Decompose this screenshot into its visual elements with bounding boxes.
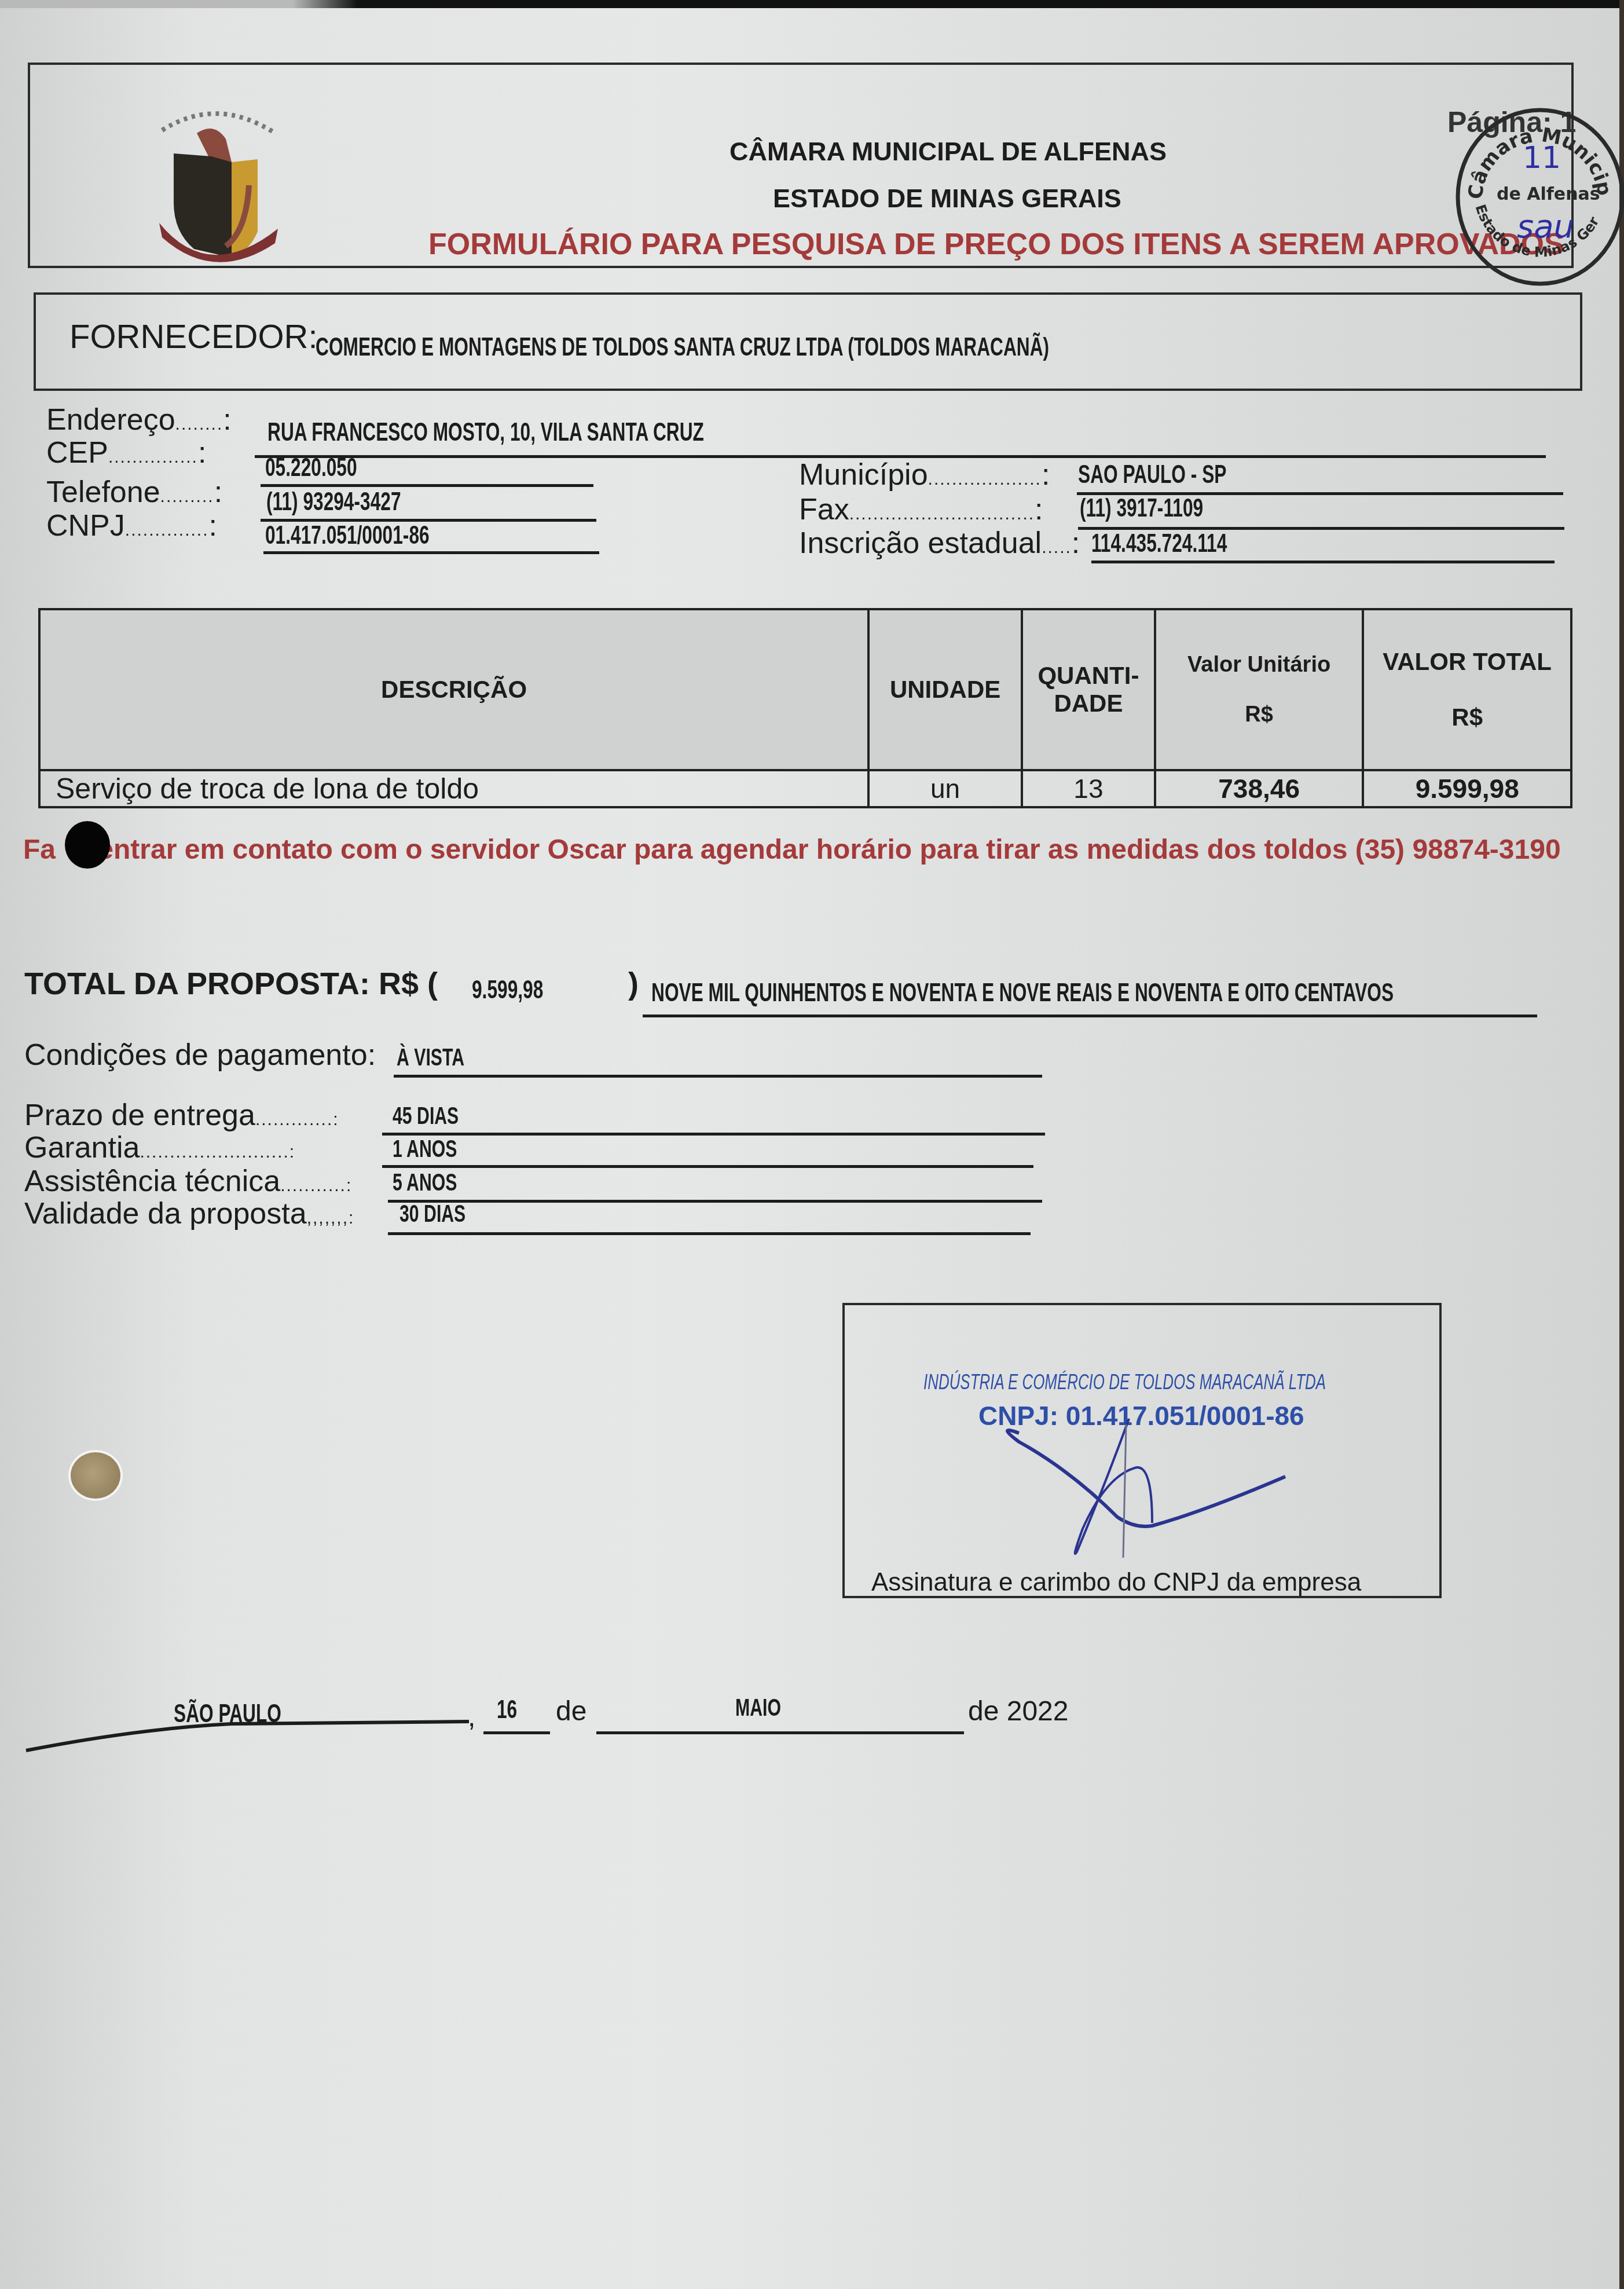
delivery-value: 45 DIAS: [393, 1102, 485, 1130]
items-table: DESCRIÇÃO UNIDADE QUANTI-DADE Valor Unit…: [38, 608, 1572, 808]
payment-label: Condições de pagamento:: [24, 1038, 376, 1072]
institution-name: CÂMARA MUNICIPAL DE ALFENAS: [729, 137, 1167, 167]
cep-value: 05.220.050: [265, 453, 393, 482]
fax-value: (11) 3917-1109: [1080, 494, 1251, 523]
delivery-label: Prazo de entrega.............:: [24, 1098, 339, 1133]
address-value: RUA FRANCESCO MOSTO, 10, VILA SANTA CRUZ: [267, 418, 874, 447]
fax-label: Fax...............................:: [799, 492, 1043, 527]
header-valor-total: VALOR TOTALR$: [1363, 609, 1571, 770]
signature-label: Assinatura e carimbo do CNPJ da empresa: [871, 1568, 1361, 1597]
validity-label: Validade da proposta,,,,,,,:: [24, 1196, 354, 1231]
municipio-label: Município...................:: [799, 457, 1050, 492]
cell-valor-total: 9.599,98: [1363, 770, 1571, 807]
total-label: TOTAL DA PROPOSTA: R$ (: [24, 966, 438, 1002]
cell-unidade: un: [868, 770, 1022, 807]
punch-hole: [71, 1452, 120, 1499]
total-words-underline: [643, 1015, 1537, 1017]
total-close-paren: ): [628, 966, 639, 1002]
cell-descricao: Serviço de troca de lona de toldo: [39, 770, 868, 807]
table-row: Serviço de troca de lona de toldo un 13 …: [39, 770, 1571, 807]
photo-right-edge: [1619, 0, 1624, 2289]
cnpj-value: 01.417.051/0001-86: [265, 521, 493, 550]
validity-value: 30 DIAS: [399, 1200, 492, 1228]
cep-underline: [261, 484, 593, 487]
validity-underline: [388, 1232, 1031, 1235]
municipio-value: SAO PAULO - SP: [1078, 460, 1284, 489]
state-registration-underline: [1091, 561, 1555, 563]
cep-label: CEP...............:: [46, 435, 206, 470]
payment-underline: [394, 1075, 1042, 1078]
warranty-underline: [382, 1165, 1033, 1168]
tech-assistance-value: 5 ANOS: [393, 1169, 482, 1196]
municipal-coat-of-arms-icon: [151, 98, 284, 266]
tech-assistance-label: Assistência técnica...........:: [24, 1164, 352, 1199]
redaction-mark: [65, 821, 110, 869]
form-title: FORMULÁRIO PARA PESQUISA DE PREÇO DOS IT…: [428, 227, 1564, 262]
photo-top-edge: [0, 0, 1624, 8]
phone-label: Telefone.........:: [46, 475, 222, 510]
header-unidade: UNIDADE: [868, 609, 1022, 770]
total-in-words: NOVE MIL QUINHENTOS E NOVENTA E NOVE REA…: [651, 979, 1624, 1008]
header-valor-unitario: Valor UnitárioR$: [1155, 609, 1363, 770]
cnpj-label: CNPJ..............:: [46, 508, 217, 543]
phone-value: (11) 93294-3427: [266, 488, 453, 517]
payment-value: À VISTA: [397, 1043, 491, 1071]
total-value: 9.599,98: [472, 976, 571, 1005]
address-label: Endereço........:: [46, 402, 232, 437]
state-registration-label: Inscrição estadual.....:: [799, 526, 1080, 561]
state-name: ESTADO DE MINAS GERAIS: [773, 184, 1121, 214]
date-year: de 2022: [968, 1695, 1069, 1727]
date-month: MAIO: [735, 1694, 799, 1722]
warranty-label: Garantia.........................:: [24, 1130, 295, 1165]
date-de: de: [556, 1695, 586, 1727]
day-underline: [483, 1731, 550, 1734]
header-quantidade: QUANTI-DADE: [1022, 609, 1155, 770]
svg-text:sau: sau: [1517, 208, 1574, 246]
state-registration-value: 114.435.724.114: [1091, 529, 1280, 558]
company-stamp-name: INDÚSTRIA E COMÉRCIO DE TOLDOS MARACANÃ …: [923, 1370, 1482, 1394]
camara-seal-stamp-icon: Câmara Municipal de Alfenas Estado de Mi…: [1450, 101, 1624, 287]
supplier-name: COMERCIO E MONTAGENS DE TOLDOS SANTA CRU…: [316, 333, 1335, 362]
handwritten-signature-icon: [984, 1413, 1308, 1563]
cell-quantidade: 13: [1022, 770, 1155, 807]
cell-valor-unitario: 738,46: [1155, 770, 1363, 807]
date-day: 16: [497, 1695, 525, 1724]
svg-text:11: 11: [1523, 141, 1561, 175]
contact-note: Fa entrar em contato com o servidor Osca…: [23, 834, 1586, 866]
date-city: SÃO PAULO: [174, 1700, 323, 1728]
cnpj-underline: [263, 551, 599, 554]
table-header-row: DESCRIÇÃO UNIDADE QUANTI-DADE Valor Unit…: [39, 609, 1571, 770]
header-descricao: DESCRIÇÃO: [39, 609, 868, 770]
warranty-value: 1 ANOS: [393, 1135, 482, 1163]
supplier-label: FORNECEDOR:: [69, 317, 318, 356]
date-comma: ,: [468, 1701, 475, 1733]
month-underline: [596, 1731, 964, 1734]
svg-text:de Alfenas: de Alfenas: [1497, 184, 1600, 204]
